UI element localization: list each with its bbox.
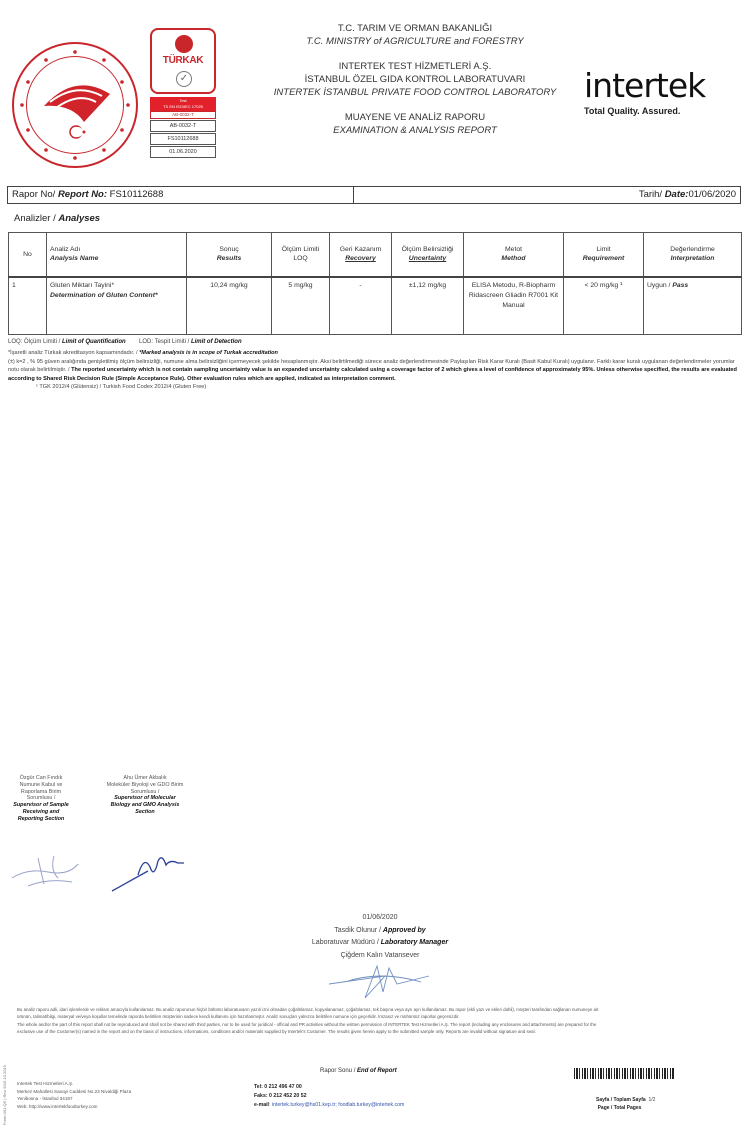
- col-results: SonuçResults: [187, 233, 272, 277]
- col-method: MetotMethod: [464, 233, 564, 277]
- intertek-tagline: Total Quality. Assured.: [584, 106, 750, 116]
- cell-loq: 5 mg/kg: [272, 277, 330, 335]
- phone: Tel: 0 212 496 47 00: [254, 1083, 554, 1092]
- page-number: 1/2: [648, 1097, 655, 1103]
- barcode-icon: [574, 1068, 674, 1079]
- ministry-name-en: T.C. MINISTRY of AGRICULTURE and FORESTR…: [270, 35, 560, 48]
- document-header: T.C. TARIM VE ORMAN BAKANLIĞI T.C. MINIS…: [270, 22, 560, 137]
- page-info: Sayfa / Toplam Sayfa 1/2 Page / Total Pa…: [596, 1096, 655, 1112]
- ministry-seal-icon: [12, 42, 138, 168]
- turkak-word: TÜRKAK: [152, 55, 214, 66]
- col-loq: Ölçüm LimitiLOQ: [272, 233, 330, 277]
- signature-2-icon: [108, 845, 188, 895]
- analysis-table: No Analiz AdıAnalysis Name SonuçResults …: [8, 232, 742, 335]
- report-number-value: FS10112688: [110, 189, 164, 200]
- col-recovery: Geri KazanımRecovery: [330, 233, 392, 277]
- footer-contact: Tel: 0 212 496 47 00 Faks: 0 212 452 20 …: [254, 1083, 554, 1110]
- approver-name: Çiğdem Kalın Vatansever: [280, 950, 480, 963]
- signatory-name: Ahu Ümer Akbalık: [105, 775, 185, 782]
- intertek-logo: intertek Total Quality. Assured.: [584, 68, 750, 116]
- approver-role: Laboratuvar Müdürü / Laboratory Manager: [280, 937, 480, 950]
- address-web-link[interactable]: Web: http://www.intertekfoodturkey.com: [17, 1103, 217, 1111]
- disclaimer-en: The whole and/or the part of this report…: [17, 1021, 607, 1036]
- col-uncertainty: Ölçüm BelirsizliğiUncertainty: [392, 233, 464, 277]
- disclaimer: Bu analiz raporu adli, idari işlemlerde …: [17, 1006, 607, 1036]
- company-name: INTERTEK TEST HİZMETLERİ A.Ş.: [270, 60, 560, 73]
- check-icon: ✓: [176, 71, 192, 87]
- cell-result: 10,24 mg/kg: [187, 277, 272, 335]
- cell-analysis-name: Gluten Miktarı Tayini*Determination of G…: [47, 277, 187, 335]
- approval-date: 01/06/2020: [280, 912, 480, 925]
- signatory-1: Özgür Can Fındık Numune Kabul ve Raporla…: [10, 775, 72, 823]
- cell-interpretation: Uygun / Pass: [644, 277, 742, 335]
- accreditation-note: *İşaretli analiz Türkak akreditasyon kap…: [8, 349, 743, 357]
- col-no: No: [9, 233, 47, 277]
- signatory-title-en: Supervisor of Sample Receiving and Repor…: [13, 802, 68, 822]
- analyses-heading: Analizler / Analyses: [14, 213, 100, 224]
- notes-section: LOQ: Ölçüm Limiti / Limit of Quantificat…: [8, 338, 743, 391]
- cell-method: ELISA Metodu, R-Biopharm Ridascreen Glia…: [464, 277, 564, 335]
- report-date-value: 01/06/2020: [688, 189, 736, 200]
- col-analysis-name: Analiz AdıAnalysis Name: [47, 233, 187, 277]
- signatory-title-tr: Numune Kabul ve Raporlama Birim Sorumlus…: [10, 782, 72, 802]
- signatory-title-tr: Moleküler Biyoloji ve GDO Birim Sorumlus…: [105, 782, 185, 796]
- report-date: Tarih/ Date:01/06/2020: [354, 187, 740, 203]
- col-requirement: LimitRequirement: [564, 233, 644, 277]
- turkak-sub-code: AB-0032-T: [150, 111, 216, 119]
- intertek-wordmark: intertek: [584, 68, 750, 104]
- approved-by: Tasdik Olunur / Approved by: [280, 925, 480, 938]
- turkak-standard: TS EN ISO/IEC 17025: [150, 104, 216, 110]
- signatory-name: Özgür Can Fındık: [10, 775, 72, 782]
- signatory-title-en: Supervisor of Molecular Biology and GMO …: [111, 795, 180, 815]
- regulation-footnote: ¹ TGK 2012/4 (Glütensiz) / Turkish Food …: [8, 383, 743, 391]
- turkak-accreditation-no: AB-0032-T: [150, 120, 216, 132]
- signatory-2: Ahu Ümer Akbalık Moleküler Biyoloji ve G…: [105, 775, 185, 816]
- lab-name-en: INTERTEK İSTANBUL PRIVATE FOOD CONTROL L…: [270, 86, 560, 99]
- seal-emblem-icon: [14, 44, 136, 166]
- end-of-report: Rapor Sonu / End of Report: [320, 1068, 397, 1074]
- disclaimer-tr: Bu analiz raporu adli, idari işlemlerde …: [17, 1006, 607, 1021]
- turkak-logo: TÜRKAK ✓: [150, 28, 216, 94]
- cell-requirement: < 20 mg/kg ¹: [564, 277, 644, 335]
- cell-no: 1: [9, 277, 47, 335]
- approval-block: 01/06/2020 Tasdik Olunur / Approved by L…: [280, 912, 480, 962]
- cell-uncertainty: ±1,12 mg/kg: [392, 277, 464, 335]
- uncertainty-note: (±) k=2 , % 95 güven aralığında genişlet…: [8, 358, 743, 383]
- turkak-report-no: FS10112688: [150, 133, 216, 145]
- ministry-name-tr: T.C. TARIM VE ORMAN BAKANLIĞI: [270, 22, 560, 35]
- turkak-date: 01.06.2020: [150, 146, 216, 158]
- email-link[interactable]: : intertek.turkey@hs01.kep.tr; foodlab.t…: [269, 1102, 404, 1108]
- report-type-tr: MUAYENE VE ANALİZ RAPORU: [270, 111, 560, 124]
- loq-lod-legend: LOQ: Ölçüm Limiti / Limit of Quantificat…: [8, 338, 743, 346]
- email: e-mail: intertek.turkey@hs01.kep.tr; foo…: [254, 1101, 554, 1110]
- col-interpretation: DeğerlendirmeInterpretation: [644, 233, 742, 277]
- turkish-flag-icon: [175, 35, 193, 53]
- report-info-bar: Rapor No/ Report No: FS10112688 Tarih/ D…: [7, 186, 741, 204]
- footer-address: Intertek Test Hizmetleri A.Ş. Merkez Mah…: [17, 1080, 217, 1110]
- turkak-badge: TÜRKAK ✓ Test TS EN ISO/IEC 17025 AB-003…: [150, 28, 216, 158]
- address-city: Yenibosna - İstanbul 34197: [17, 1095, 217, 1103]
- report-number: Rapor No/ Report No: FS10112688: [8, 187, 354, 203]
- manager-signature-icon: [325, 962, 435, 1000]
- table-row: 1 Gluten Miktarı Tayini*Determination of…: [9, 277, 742, 335]
- lab-name-tr: İSTANBUL ÖZEL GIDA KONTROL LABORATUVARI: [270, 73, 560, 86]
- address-street: Merkez Mahallesi Sanayi Caddesi No:23 Ni…: [17, 1088, 217, 1096]
- signature-1-icon: [8, 848, 88, 893]
- cell-recovery: -: [330, 277, 392, 335]
- turkak-accreditation-strip: Test TS EN ISO/IEC 17025: [150, 97, 216, 111]
- address-company: Intertek Test Hizmetleri A.Ş.: [17, 1080, 217, 1088]
- table-header-row: No Analiz AdıAnalysis Name SonuçResults …: [9, 233, 742, 277]
- form-code: Form-001.QS | Rev.:5/15.10.2019: [2, 995, 10, 1125]
- fax: Faks: 0 212 452 20 52: [254, 1092, 554, 1101]
- report-type-en: EXAMINATION & ANALYSIS REPORT: [270, 124, 560, 137]
